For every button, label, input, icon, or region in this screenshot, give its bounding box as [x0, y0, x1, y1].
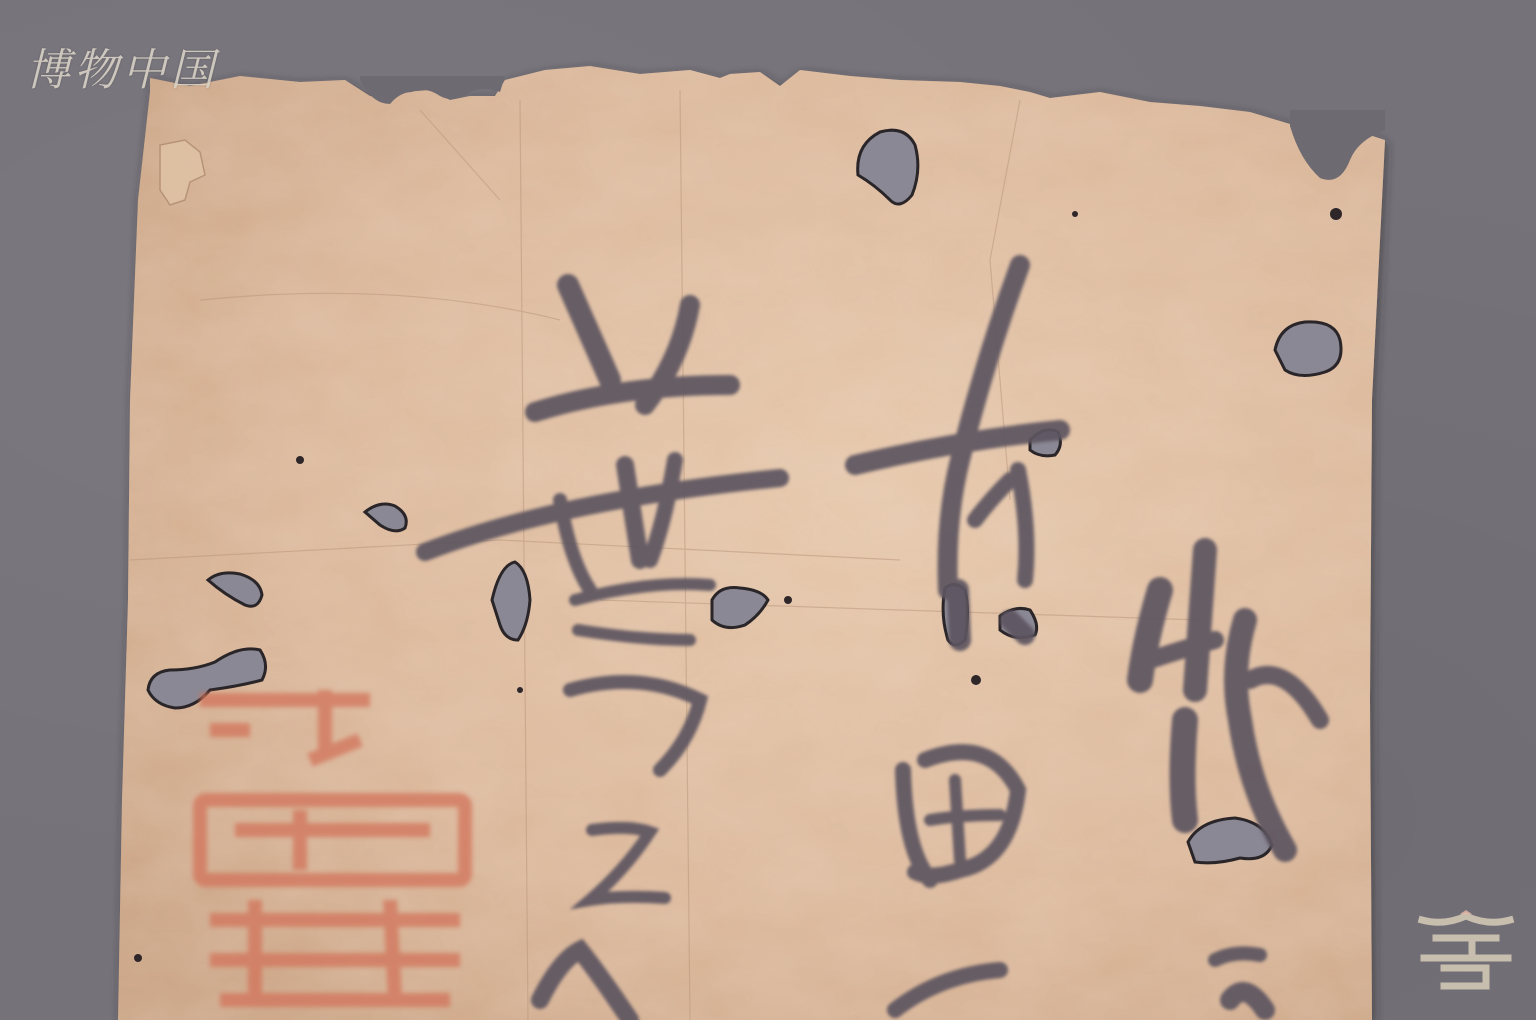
pavilion-logo-icon	[1414, 908, 1518, 992]
watermark-text: 博物中国	[26, 34, 218, 98]
manuscript-photo	[0, 0, 1536, 1020]
